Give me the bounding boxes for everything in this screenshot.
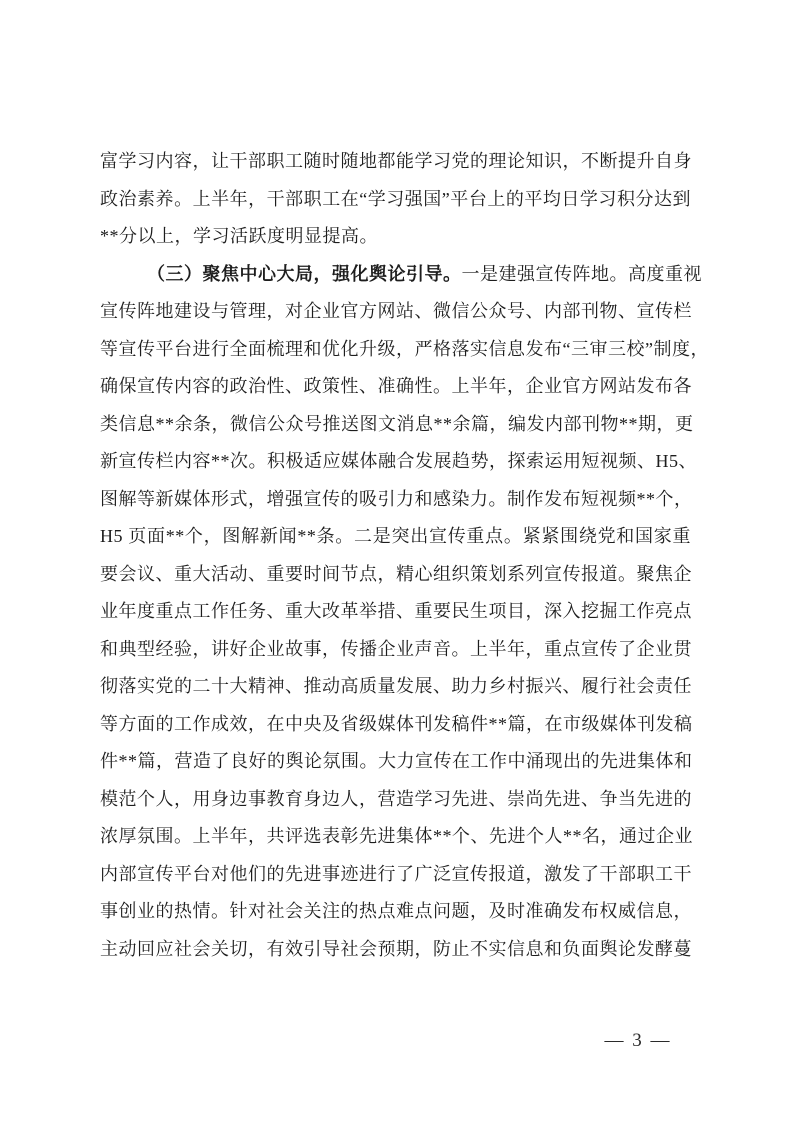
document-line: 图解等新媒体形式，增强宣传的吸引力和感染力。制作发布短视频**个， (100, 481, 691, 519)
document-line: 主动回应社会关切，有效引导社会预期，防止不实信息和负面舆论发酵蔓 (100, 931, 691, 969)
body-text: 要会议、重大活动、重要时间节点，精心组织策划系列宣传报道。聚焦企 (100, 564, 692, 584)
section-heading-text: （三）聚焦中心大局，强化舆论引导。 (147, 264, 462, 284)
document-line: 业年度重点工作任务、重大改革举措、重要民生项目，深入挖掘工作亮点 (100, 593, 691, 631)
body-text: 浓厚氛围。上半年，共评选表彰先进集体**个、先进个人**名，通过企业 (100, 826, 693, 846)
body-text: 新宣传栏内容**次。积极适应媒体融合发展趋势，探索运用短视频、H5、 (100, 451, 697, 471)
document-line: 富学习内容，让干部职工随时随地都能学习党的理论知识，不断提升自身 (100, 143, 691, 181)
body-text: 等宣传平台进行全面梳理和优化升级，严格落实信息发布“三审三校”制度， (100, 339, 709, 359)
body-text: 模范个人，用身边事教育身边人，营造学习先进、崇尚先进、争当先进的 (100, 789, 692, 809)
body-text: H5 页面**个，图解新闻**条。二是突出宣传重点。紧紧围绕党和国家重 (100, 526, 691, 546)
document-line: 要会议、重大活动、重要时间节点，精心组织策划系列宣传报道。聚焦企 (100, 556, 691, 594)
body-text: 主动回应社会关切，有效引导社会预期，防止不实信息和负面舆论发酵蔓 (100, 939, 692, 959)
body-text: 等方面的工作成效，在中央及省级媒体刊发稿件**篇，在市级媒体刊发稿 (100, 714, 693, 734)
body-text: 富学习内容，让干部职工随时随地都能学习党的理论知识，不断提升自身 (100, 151, 692, 171)
document-line: 内部宣传平台对他们的先进事迹进行了广泛宣传报道，激发了干部职工干 (100, 856, 691, 894)
document-line: 模范个人，用身边事教育身边人，营造学习先进、崇尚先进、争当先进的 (100, 781, 691, 819)
document-line: H5 页面**个，图解新闻**条。二是突出宣传重点。紧紧围绕党和国家重 (100, 518, 691, 556)
body-text: 确保宣传内容的政治性、政策性、准确性。上半年，企业官方网站发布各 (100, 376, 692, 396)
page-number: — 3 — (588, 1028, 688, 1054)
document-line: （三）聚焦中心大局，强化舆论引导。一是建强宣传阵地。高度重视 (100, 256, 691, 294)
body-text: 彻落实党的二十大精神、推动高质量发展、助力乡村振兴、履行社会责任 (100, 676, 692, 696)
body-text: **分以上，学习活跃度明显提高。 (100, 226, 378, 246)
body-text: 业年度重点工作任务、重大改革举措、重要民生项目，深入挖掘工作亮点 (100, 601, 692, 621)
document-line: 浓厚氛围。上半年，共评选表彰先进集体**个、先进个人**名，通过企业 (100, 818, 691, 856)
document-line: 新宣传栏内容**次。积极适应媒体融合发展趋势，探索运用短视频、H5、 (100, 443, 691, 481)
document-line: 宣传阵地建设与管理，对企业官方网站、微信公众号、内部刊物、宣传栏 (100, 293, 691, 331)
body-text: 宣传阵地建设与管理，对企业官方网站、微信公众号、内部刊物、宣传栏 (100, 301, 692, 321)
body-text: 类信息**余条，微信公众号推送图文消息**余篇，编发内部刊物**期，更 (100, 414, 694, 434)
document-line: 政治素养。上半年，干部职工在“学习强国”平台上的平均日学习积分达到 (100, 181, 691, 219)
body-text: 图解等新媒体形式，增强宣传的吸引力和感染力。制作发布短视频**个， (100, 489, 693, 509)
body-text: 内部宣传平台对他们的先进事迹进行了广泛宣传报道，激发了干部职工干 (100, 864, 692, 884)
document-body: 富学习内容，让干部职工随时随地都能学习党的理论知识，不断提升自身政治素养。上半年… (100, 143, 691, 968)
document-line: 事创业的热情。针对社会关注的热点难点问题，及时准确发布权威信息， (100, 893, 691, 931)
document-line: 彻落实党的二十大精神、推动高质量发展、助力乡村振兴、履行社会责任 (100, 668, 691, 706)
body-text: 件**篇，营造了良好的舆论氛围。大力宣传在工作中涌现出的先进集体和 (100, 751, 693, 771)
body-text: 一是建强宣传阵地。高度重视 (462, 264, 703, 284)
body-text: 和典型经验，讲好企业故事，传播企业声音。上半年，重点宣传了企业贯 (100, 639, 692, 659)
body-text: 政治素养。上半年，干部职工在“学习强国”平台上的平均日学习积分达到 (100, 189, 691, 209)
document-line: 等宣传平台进行全面梳理和优化升级，严格落实信息发布“三审三校”制度， (100, 331, 691, 369)
document-page: 富学习内容，让干部职工随时随地都能学习党的理论知识，不断提升自身政治素养。上半年… (0, 0, 793, 1122)
document-line: 件**篇，营造了良好的舆论氛围。大力宣传在工作中涌现出的先进集体和 (100, 743, 691, 781)
body-text: 事创业的热情。针对社会关注的热点难点问题，及时准确发布权威信息， (100, 901, 692, 921)
document-line: 和典型经验，讲好企业故事，传播企业声音。上半年，重点宣传了企业贯 (100, 631, 691, 669)
document-line: **分以上，学习活跃度明显提高。 (100, 218, 691, 256)
document-line: 等方面的工作成效，在中央及省级媒体刊发稿件**篇，在市级媒体刊发稿 (100, 706, 691, 744)
document-line: 类信息**余条，微信公众号推送图文消息**余篇，编发内部刊物**期，更 (100, 406, 691, 444)
document-line: 确保宣传内容的政治性、政策性、准确性。上半年，企业官方网站发布各 (100, 368, 691, 406)
